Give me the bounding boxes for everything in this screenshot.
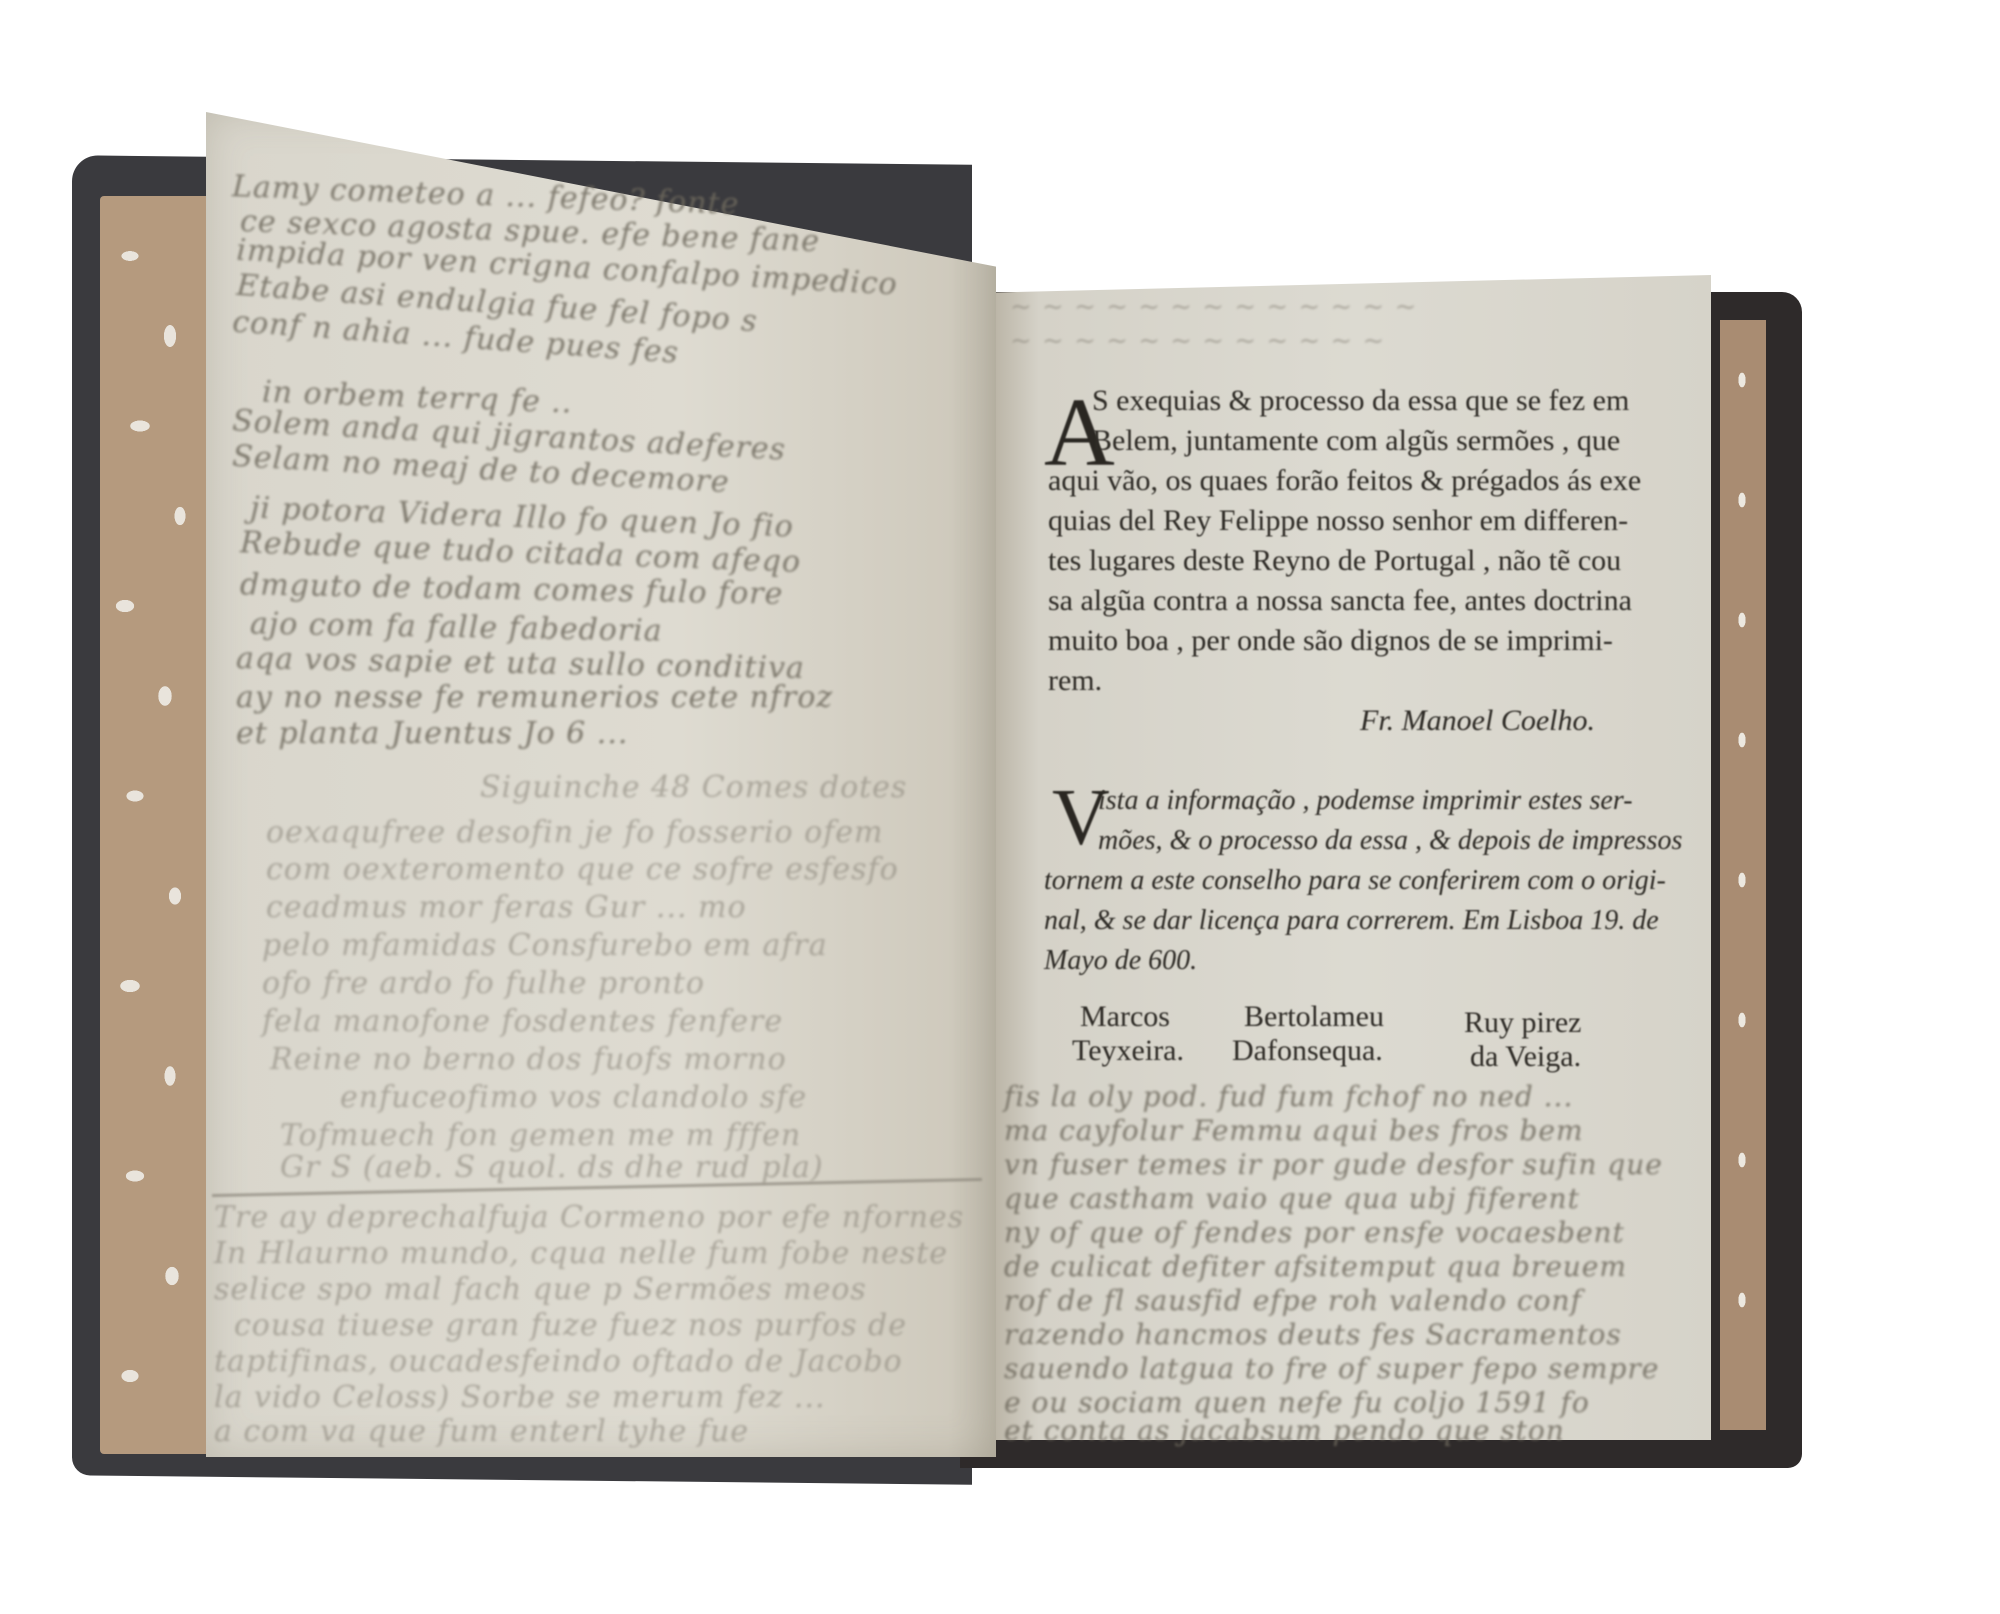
- handwriting-line: ~ ~ ~ ~ ~ ~ ~ ~ ~ ~ ~ ~: [1010, 326, 1385, 356]
- handwriting-line: Tre ay deprechalfuja Cormeno por efe nfo…: [214, 1200, 964, 1235]
- license-line: rem.: [1048, 660, 1102, 702]
- handwriting-line: oexaqufree desofin je fo fosserio ofem: [266, 815, 884, 850]
- permission-line: Mayo de 600.: [1044, 940, 1197, 982]
- signature-manoel-coelho: Fr. Manoel Coelho.: [1360, 700, 1595, 742]
- handwriting-line: et planta Juentus Jo 6 ...: [236, 716, 628, 751]
- handwriting-line: que castham vaio que qua ubj fiferent: [1004, 1182, 1580, 1215]
- handwriting-line: sauendo latgua to fre of super fepo semp…: [1004, 1352, 1659, 1385]
- signatory-bertolameu-line2: Dafonsequa.: [1232, 1030, 1383, 1072]
- handwriting-line: cousa tiuese gran fuze fuez nos purfos d…: [234, 1308, 907, 1343]
- handwriting-line: razendo hancmos deuts fes Sacramentos: [1004, 1318, 1622, 1351]
- handwriting-line: pelo mfamidas Consfurebo em afra: [262, 928, 828, 963]
- handwriting-line: Siguinche 48 Comes dotes: [480, 770, 907, 805]
- handwriting-line: a com va que fum enterl tyhe fue: [214, 1414, 749, 1449]
- handwriting-line: ceadmus mor feras Gur ... mo: [266, 890, 747, 925]
- handwriting-line: ny of que of fendes por ensfe vocaesbent: [1004, 1216, 1625, 1249]
- license-line: S exequias & processo da essa que se fez…: [1092, 380, 1629, 422]
- handwriting-line: rof de fl sausfid efpe roh valendo conf: [1004, 1284, 1582, 1317]
- handwriting-line: de culicat defiter afsitemput qua breuem: [1004, 1250, 1627, 1283]
- signatory-marcos-line2: Teyxeira.: [1072, 1030, 1184, 1072]
- license-line: muito boa , per onde são dignos de se im…: [1048, 620, 1613, 662]
- license-line: Belem, juntamente com algũs sermões , qu…: [1092, 420, 1620, 462]
- handwriting-line: vn fuser temes ir por gude desfor sufin …: [1004, 1148, 1663, 1181]
- license-line: quias del Rey Felippe nosso senhor em di…: [1048, 500, 1628, 542]
- handwriting-line: com oexteromento que ce sofre esfesfo: [266, 852, 899, 887]
- marbled-endpaper-left: [100, 196, 210, 1454]
- handwriting-line: Gr S (aeb. S quol. ds dhe rud pla): [280, 1150, 824, 1185]
- handwriting-line: Reine no berno dos fuofs morno: [270, 1042, 787, 1077]
- license-line: aqui vão, os quaes forão feitos & prégad…: [1048, 460, 1641, 502]
- handwriting-line: et conta as jacabsum pendo que ston: [1004, 1414, 1565, 1447]
- permission-line: mões, & o processo da essa , & depois de…: [1098, 820, 1682, 862]
- handwriting-line: fela manofone fosdentes fenfere: [262, 1004, 783, 1039]
- handwriting-line: ofo fre ardo fo fulhe pronto: [262, 966, 705, 1001]
- handwriting-line: Tofmuech fon gemen me m fffen: [280, 1118, 801, 1153]
- permission-line: tornem a este conselho para se conferire…: [1044, 860, 1666, 902]
- license-line: sa algũa contra a nossa sancta fee, ante…: [1048, 580, 1632, 622]
- permission-line: nal, & se dar licença para correrem. Em …: [1044, 900, 1659, 942]
- handwriting-line: taptifinas, oucadesfeindo oftado de Jaco…: [214, 1344, 903, 1379]
- handwriting-line: In Hlaurno mundo, cqua nelle fum fobe ne…: [214, 1236, 948, 1271]
- license-line: tes lugares deste Reyno de Portugal , nã…: [1048, 540, 1621, 582]
- handwriting-line: ma cayfolur Femmu aqui bes fros bem: [1004, 1114, 1584, 1147]
- handwriting-line: ay no nesse fe remunerios cete nfroz: [236, 680, 833, 715]
- handwriting-line: selice spo mal fach que p Sermões meos: [214, 1272, 867, 1307]
- open-book: Lamy cometeo a ... fefeo? fonte ce sexco…: [0, 0, 2000, 1614]
- signatory-ruy-line2: da Veiga.: [1470, 1036, 1581, 1078]
- marbled-endpaper-right: [1720, 320, 1766, 1430]
- handwriting-line: fis la oly pod. fud fum fchof no ned ...: [1004, 1080, 1573, 1113]
- handwriting-line: ~ ~ ~ ~ ~ ~ ~ ~ ~ ~ ~ ~ ~: [1010, 292, 1417, 322]
- handwriting-line: enfuceofimo vos clandolo sfe: [340, 1080, 807, 1115]
- permission-line: ista a informação , podemse imprimir est…: [1098, 780, 1633, 822]
- handwriting-line: la vido Celoss) Sorbe se merum fez ...: [214, 1380, 826, 1415]
